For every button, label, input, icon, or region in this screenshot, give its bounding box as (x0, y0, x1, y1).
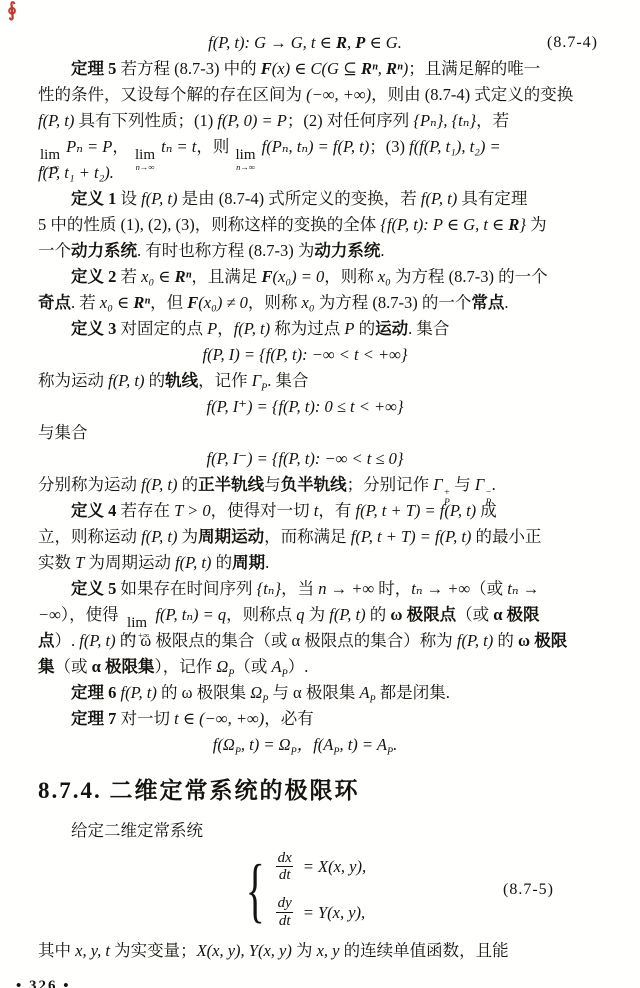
text-run: 若 (116, 267, 141, 286)
text-run: 为实变量； (110, 941, 197, 960)
text-line: 一个动力系统. 有时也称方程 (8.7-3) 为动力系统. (38, 238, 612, 264)
bold-term: 负半轨线 (281, 475, 347, 494)
math-expression: F (262, 267, 273, 286)
text-run: ，则由 (8.7-4) 式定义的变换 (371, 85, 573, 104)
equation-row: dydt = Y(x, y), (275, 896, 367, 930)
text-run: ，但 (150, 293, 187, 312)
limit-operator: limn→∞ (135, 148, 155, 172)
text-run: 的 (178, 475, 199, 494)
text-run: 为方程 (8.7-3) 的一个 (391, 267, 548, 286)
text-run: ，当 (281, 579, 318, 598)
text-run: 对一切 (116, 709, 174, 728)
text-run: 的 ω 极限点的集合（或 α 极限点的集合）称为 (116, 631, 457, 650)
text-run: 的 (354, 319, 375, 338)
text-run: 如果存在时间序列 (116, 579, 256, 598)
text-run: 5 中的性质 (1), (2), (3)，则称这样的变换的全体 (38, 215, 380, 234)
math-expression: f(P, t) (141, 475, 177, 494)
math-expression: x₀ (302, 293, 315, 312)
math-expression: T > 0 (174, 501, 211, 520)
derivative-fraction: dydt (275, 896, 295, 930)
display-formula: f(P, I⁻) = {f(P, t): −∞ < t ≤ 0} (38, 446, 612, 472)
math-expression: f(P, t) (421, 189, 457, 208)
math-expression: f(P, I⁺) = {f(P, t): 0 ≤ t < +∞} (207, 397, 404, 416)
math-expression: (x₀) = 0 (273, 267, 325, 286)
math-expression: {tₙ} (257, 579, 281, 598)
bold-term: 周期 (232, 553, 265, 572)
math-expression: −∞ (38, 605, 61, 624)
text-line: 给定二维定常系统 (38, 818, 612, 844)
bold-term: 定义 1 (71, 189, 116, 208)
text-run: 为 (305, 605, 330, 624)
math-expression: tₙ = t (157, 137, 196, 156)
text-run: . (492, 475, 496, 494)
text-run: 实数 (38, 553, 75, 572)
math-expression: f(P, tₙ) = q (151, 605, 226, 624)
text-run: 为 (178, 527, 199, 546)
text-run: . (380, 241, 384, 260)
text-run: 给定二维定常系统 (71, 821, 203, 840)
bold-term: 定理 6 (71, 683, 116, 702)
math-expression: f(P, t) (108, 371, 144, 390)
text-run: 与 α 极限集 (268, 683, 359, 702)
bold-term: 轨线 (165, 371, 198, 390)
text-run: 为方程 (8.7-3) 的一个 (315, 293, 472, 312)
bold-term: ω 极限点 (390, 605, 456, 624)
text-run: ），使得 (61, 605, 123, 624)
math-expression: f(P, t) (234, 319, 270, 338)
math-expression: Rⁿ (133, 293, 150, 312)
text-line: f(P, t) 具有下列性质；(1) f(P, 0) = P；(2) 对任何序列… (38, 108, 612, 134)
math-expression: x, y (317, 941, 340, 960)
text-run: 设 (116, 189, 141, 208)
equation-row: dxdt = X(x, y), (275, 851, 367, 885)
text-run: . (265, 553, 269, 572)
text-run: . (504, 293, 508, 312)
math-expression: f(P, I) = {f(P, t): −∞ < t < +∞} (203, 345, 408, 364)
math-expression: F (187, 293, 198, 312)
text-run: ，则称 (248, 293, 302, 312)
text-run: 称为过点 (270, 319, 344, 338)
text-run: 与 (264, 475, 281, 494)
text-run: ，且满足 (191, 267, 261, 286)
text-run: 具有下列性质；(1) (74, 111, 217, 130)
text-run: ，则 (196, 137, 233, 156)
text-line: 集（或 α 极限集），记作 ΩP（或 AP）. (38, 654, 612, 680)
text-run: ，必有 (264, 709, 314, 728)
text-line: 定义 4 若存在 T > 0，使得对一切 t，有 f(P, t + T) = f… (38, 498, 612, 524)
math-expression: Rⁿ (386, 59, 403, 78)
text-line: limn→∞ Pₙ = P， limn→∞ tₙ = t，则 limn→∞ f(… (38, 134, 612, 160)
math-expression: P (355, 33, 365, 52)
bold-term: 周期运动 (198, 527, 264, 546)
equation-number: (8.7-4) (547, 30, 598, 56)
text-line: 实数 T 为周期运动 f(P, t) 的周期. (38, 550, 612, 576)
text-run: 时， (374, 579, 411, 598)
math-expression: f(P, t) (457, 631, 493, 650)
math-expression: {Pₙ}, {tₙ} (413, 111, 476, 130)
math-expression: (x) ∈ C(G ⊆ (272, 59, 361, 78)
text-run: 的最小正 (471, 527, 541, 546)
math-expression: f(P, I⁻) = {f(P, t): −∞ < t ≤ 0} (207, 449, 404, 468)
text-run: ，则称点 (226, 605, 296, 624)
math-expression: f(P, t + T) = f(P, t) (355, 501, 476, 520)
text-run: ；分别记作 (347, 475, 434, 494)
text-line: 定义 2 若 x₀ ∈ Rⁿ，且满足 F(x₀) = 0，则称 x₀ 为方程 (… (38, 264, 612, 290)
equation-system: {dxdt = X(x, y),dydt = Y(x, y),(8.7-5) (38, 846, 612, 934)
math-expression: T (75, 553, 84, 572)
text-run: 立，则称运动 (38, 527, 141, 546)
math-expression: A (359, 683, 369, 702)
math-expression: f(P, t): G → G, t ∈ (208, 33, 336, 52)
text-line: 定义 3 对固定的点 P，f(P, t) 称为过点 P 的运动. 集合 (38, 316, 612, 342)
display-formula: f(P, t): G → G, t ∈ R, P ∈ G.(8.7-4) (38, 30, 612, 56)
bold-term: 点 (38, 631, 55, 650)
text-run: 与集合 (38, 423, 88, 442)
math-expression: f(P, t) (121, 683, 157, 702)
math-expression: f(P, t) (175, 553, 211, 572)
text-run: ）. (55, 631, 80, 650)
text-line: 称为运动 f(P, t) 的轨线，记作 ΓP. 集合 (38, 368, 612, 394)
text-run: . 集合 (267, 371, 308, 390)
math-expression: f(P, t) (38, 111, 74, 130)
math-expression: P (207, 319, 217, 338)
bold-term: 常点 (471, 293, 504, 312)
bold-term: 定理 5 (71, 59, 116, 78)
text-run: ）. (288, 657, 309, 676)
text-run: 的 (211, 553, 232, 572)
display-formula: f(P, I⁺) = {f(P, t): 0 ≤ t < +∞} (38, 394, 612, 420)
bold-term: α 极限集 (92, 657, 155, 676)
bold-term: 动力系统 (314, 241, 380, 260)
math-expression: F (261, 59, 272, 78)
text-line: 点）. f(P, t) 的 ω 极限点的集合（或 α 极限点的集合）称为 f(P… (38, 628, 612, 654)
text-run: ，则称 (324, 267, 378, 286)
scanned-textbook-page: ∮ f(P, t): G → G, t ∈ R, P ∈ G.(8.7-4)定理… (0, 0, 640, 988)
text-line: 定义 5 如果存在时间序列 {tₙ}，当 n → +∞ 时，tₙ → +∞（或 … (38, 576, 612, 602)
math-expression: x₀ ∈ (141, 267, 175, 286)
text-run: 与 (450, 475, 475, 494)
text-run: 具有定理 (457, 189, 527, 208)
bold-term: 正半轨线 (198, 475, 264, 494)
bold-term: 运动 (375, 319, 408, 338)
text-line: 分别称为运动 f(P, t) 的正半轨线与负半轨线；分别记作 Γ+P 与 Γ−P… (38, 472, 612, 498)
text-line: −∞），使得 limn→+∞ f(P, tₙ) = q，则称点 q 为 f(P,… (38, 602, 612, 628)
bold-term: 定义 4 (71, 501, 116, 520)
math-expression: Ω (216, 657, 228, 676)
bold-term: α 极限 (493, 605, 539, 624)
math-expression: , t) = Ω (241, 735, 291, 754)
math-expression: f(P, t₁ + t₂). (38, 163, 114, 182)
text-run: ，而称满足 (264, 527, 351, 546)
math-expression: X(x, y), Y(x, y) (197, 941, 292, 960)
page-body-text: f(P, t): G → G, t ∈ R, P ∈ G.(8.7-4)定理 5… (0, 0, 640, 964)
text-line: 性的条件，又设每个解的存在区间为 (−∞, +∞)，则由 (8.7-4) 式定义… (38, 82, 612, 108)
math-expression: R (508, 215, 519, 234)
math-expression: Rⁿ (361, 59, 378, 78)
math-expression: f(P, t) (141, 527, 177, 546)
math-expression: f(P, t) (329, 605, 365, 624)
page-number: • 326 • (0, 978, 640, 988)
math-expression: x, y, t (75, 941, 110, 960)
text-run: ， (217, 319, 234, 338)
math-expression: f(Pₙ, tₙ) = f(P, t) (258, 137, 370, 156)
bold-term: 奇点 (38, 293, 71, 312)
text-run: 为 (526, 215, 547, 234)
text-run: 称为运动 (38, 371, 108, 390)
text-run: . 集合 (408, 319, 449, 338)
math-expression: R (336, 33, 347, 52)
text-run: . 若 (71, 293, 100, 312)
text-run: 都是闭集. (376, 683, 450, 702)
text-run: （或 (456, 605, 493, 624)
text-run: 是由 (8.7-4) 式所定义的变换，若 (178, 189, 421, 208)
math-expression: q (296, 605, 304, 624)
text-run: 一个 (38, 241, 71, 260)
math-expression: Rⁿ (175, 267, 192, 286)
text-run: （或 (55, 657, 92, 676)
equation-number: (8.7-5) (503, 881, 554, 899)
text-run: 为周期运动 (84, 553, 175, 572)
text-run: 对固定的点 (116, 319, 207, 338)
text-line: 定理 5 若方程 (8.7-3) 中的 F(x) ∈ C(G ⊆ Rⁿ, Rⁿ)… (38, 56, 612, 82)
bold-term: 定义 5 (71, 579, 116, 598)
math-expression: Γ (252, 371, 261, 390)
limit-operator: limn→∞ (236, 148, 256, 172)
text-run: ，有 (318, 501, 355, 520)
text-run: ；且满足解的唯一 (408, 59, 540, 78)
text-line: 与集合 (38, 420, 612, 446)
math-expression: n → +∞ (318, 579, 374, 598)
math-expression: , t) = A (339, 735, 387, 754)
math-expression: ∈ G. (365, 33, 402, 52)
text-run: 若方程 (8.7-3) 中的 (116, 59, 260, 78)
math-expression: (x₀) ≠ 0 (198, 293, 248, 312)
text-run: ），记作 (154, 657, 216, 676)
bold-term: ω 极限 (518, 631, 567, 650)
text-run: ， (112, 137, 133, 156)
text-run: 其中 (38, 941, 75, 960)
math-expression: {f(P, t): P ∈ G, t ∈ (380, 215, 508, 234)
text-run: 性的条件，又设每个解的存在区间为 (38, 85, 306, 104)
bold-term: 定义 3 (71, 319, 116, 338)
math-expression: f(P, t) (141, 189, 177, 208)
text-line: 立，则称运动 f(P, t) 为周期运动，而称满足 f(P, t + T) = … (38, 524, 612, 550)
left-brace: { (246, 848, 265, 932)
text-run: 成 (476, 501, 497, 520)
text-run: 分别称为运动 (38, 475, 141, 494)
math-expression: x₀ (378, 267, 391, 286)
derivative-fraction: dxdt (275, 851, 295, 885)
text-line: 5 中的性质 (1), (2), (3)，则称这样的变换的全体 {f(P, t)… (38, 212, 612, 238)
text-line: 奇点. 若 x₀ ∈ Rⁿ，但 F(x₀) ≠ 0，则称 x₀ 为方程 (8.7… (38, 290, 612, 316)
bold-term: 定理 7 (71, 709, 116, 728)
text-run: 若存在 (116, 501, 174, 520)
text-run: 的 ω 极限集 (157, 683, 250, 702)
bold-term: 定义 2 (71, 267, 116, 286)
text-run: ；(3) (369, 137, 409, 156)
math-expression: P (344, 319, 354, 338)
math-expression: f(f(P, t₁), t₂) = (409, 137, 501, 156)
text-line: 定义 1 设 f(P, t) 是由 (8.7-4) 式所定义的变换，若 f(P,… (38, 186, 612, 212)
text-run: ，记作 (198, 371, 252, 390)
text-run: （或 (234, 657, 271, 676)
text-line: f(P, t₁ + t₂). (38, 160, 612, 186)
text-line: 定理 7 对一切 t ∈ (−∞, +∞)，必有 (38, 706, 612, 732)
math-expression: , (378, 59, 386, 78)
text-run: 的 (145, 371, 166, 390)
math-expression: Γ (475, 475, 484, 494)
bold-term: 动力系统 (71, 241, 137, 260)
text-run: （或 (470, 579, 507, 598)
text-line: 其中 x, y, t 为实变量；X(x, y), Y(x, y) 为 x, y … (38, 938, 612, 964)
math-expression: (−∞, +∞) (306, 85, 371, 104)
math-expression: f(P, 0) = P (217, 111, 287, 130)
math-expression: ，f(A (297, 735, 334, 754)
text-run: ，若 (476, 111, 509, 130)
math-expression: , (347, 33, 355, 52)
section-heading: 8.7.4. 二维定常系统的极限环 (38, 776, 612, 806)
text-run: ，使得对一切 (211, 501, 314, 520)
math-expression: Γ (433, 475, 442, 494)
text-run: 的 (493, 631, 518, 650)
text-run: . 有时也称方程 (8.7-3) 为 (137, 241, 314, 260)
math-expression: Ω (250, 683, 262, 702)
text-run: 的连续单值函数，且能 (340, 941, 509, 960)
math-expression: f(P, t + T) = f(P, t) (351, 527, 472, 546)
text-run: 为 (292, 941, 317, 960)
math-expression: f(P, t) (79, 631, 115, 650)
bold-term: 集 (38, 657, 55, 676)
math-expression: . (393, 735, 397, 754)
display-formula: f(ΩP, t) = ΩP，f(AP, t) = AP. (38, 732, 612, 758)
math-expression: Pₙ = P (62, 137, 112, 156)
math-expression: tₙ → +∞ (411, 579, 470, 598)
math-expression: x₀ ∈ (100, 293, 134, 312)
math-expression: t ∈ (−∞, +∞) (174, 709, 264, 728)
text-run: 的 (366, 605, 391, 624)
text-line: 定理 6 f(P, t) 的 ω 极限集 ΩP 与 α 极限集 AP 都是闭集. (38, 680, 612, 706)
text-run: ；(2) 对任何序列 (287, 111, 414, 130)
math-expression: A (272, 657, 282, 676)
math-expression: tₙ → (507, 579, 539, 598)
display-formula: f(P, I) = {f(P, t): −∞ < t < +∞} (38, 342, 612, 368)
math-expression: f(Ω (213, 735, 235, 754)
